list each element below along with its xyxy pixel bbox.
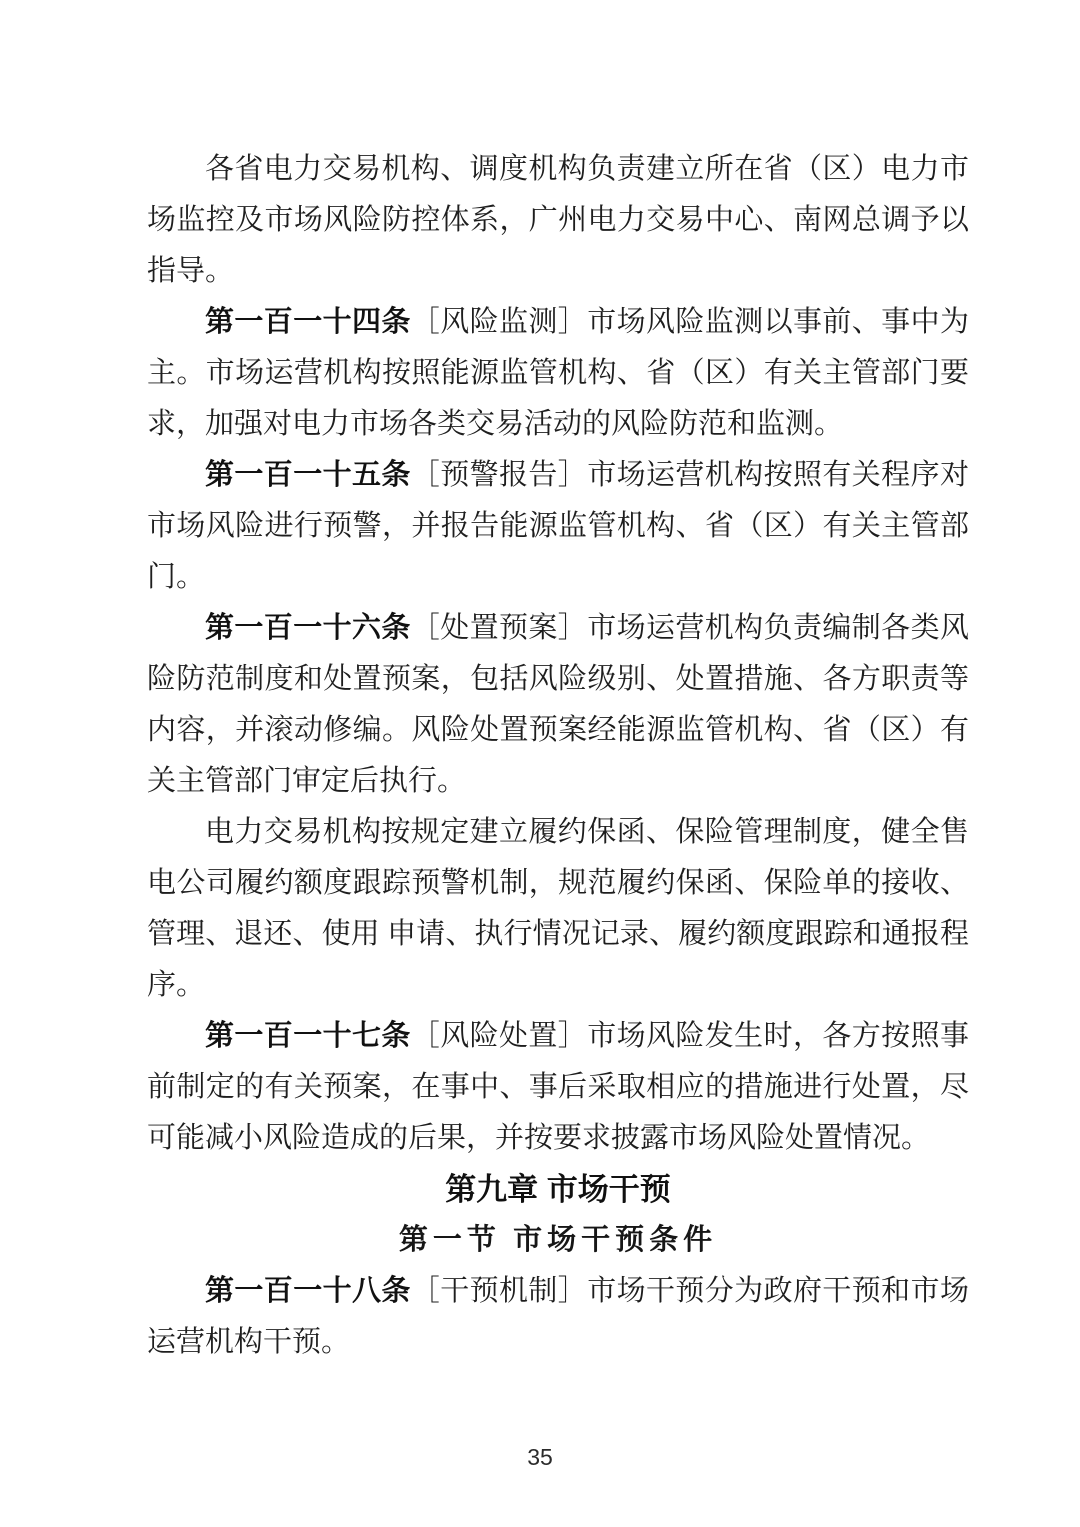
body-paragraph: 电力交易机构按规定建立履约保函、保险管理制度，健全售电公司履约额度跟踪预警机制，… <box>147 807 969 1011</box>
article-tag: ［处置预案］ <box>411 612 587 644</box>
body-paragraph: 各省电力交易机构、调度机构负责建立所在省（区）电力市场监控及市场风险防控体系，广… <box>147 144 969 297</box>
article-tag: ［干预机制］ <box>411 1275 587 1307</box>
page-footer: 35 <box>0 1444 1080 1471</box>
article-tag: ［风险监测］ <box>411 306 587 338</box>
article-paragraph: 第一百一十四条［风险监测］市场风险监测以事前、事中为主。市场运营机构按照能源监管… <box>147 297 969 450</box>
article-tag: ［预警报告］ <box>411 459 587 491</box>
article-paragraph: 第一百一十六条［处置预案］市场运营机构负责编制各类风险防范制度和处置预案，包括风… <box>147 603 969 807</box>
document-page: 各省电力交易机构、调度机构负责建立所在省（区）电力市场监控及市场风险防控体系，广… <box>0 0 1080 1527</box>
article-number: 第一百一十五条 <box>205 459 411 491</box>
page-number: 35 <box>527 1444 553 1470</box>
article-paragraph: 第一百一十七条［风险处置］市场风险发生时，各方按照事前制定的有关预案，在事中、事… <box>147 1011 969 1164</box>
chapter-heading: 第九章 市场干预 <box>147 1164 969 1215</box>
article-paragraph: 第一百一十五条［预警报告］市场运营机构按照有关程序对市场风险进行预警，并报告能源… <box>147 450 969 603</box>
article-tag: ［风险处置］ <box>411 1020 587 1052</box>
article-paragraph: 第一百一十八条［干预机制］市场干预分为政府干预和市场运营机构干预。 <box>147 1266 969 1368</box>
document-content: 各省电力交易机构、调度机构负责建立所在省（区）电力市场监控及市场风险防控体系，广… <box>147 144 969 1368</box>
article-number: 第一百一十七条 <box>205 1020 411 1052</box>
article-number: 第一百一十八条 <box>205 1275 411 1307</box>
section-heading: 第一节 市场干预条件 <box>147 1215 969 1266</box>
article-number: 第一百一十六条 <box>205 612 411 644</box>
article-number: 第一百一十四条 <box>205 306 411 338</box>
